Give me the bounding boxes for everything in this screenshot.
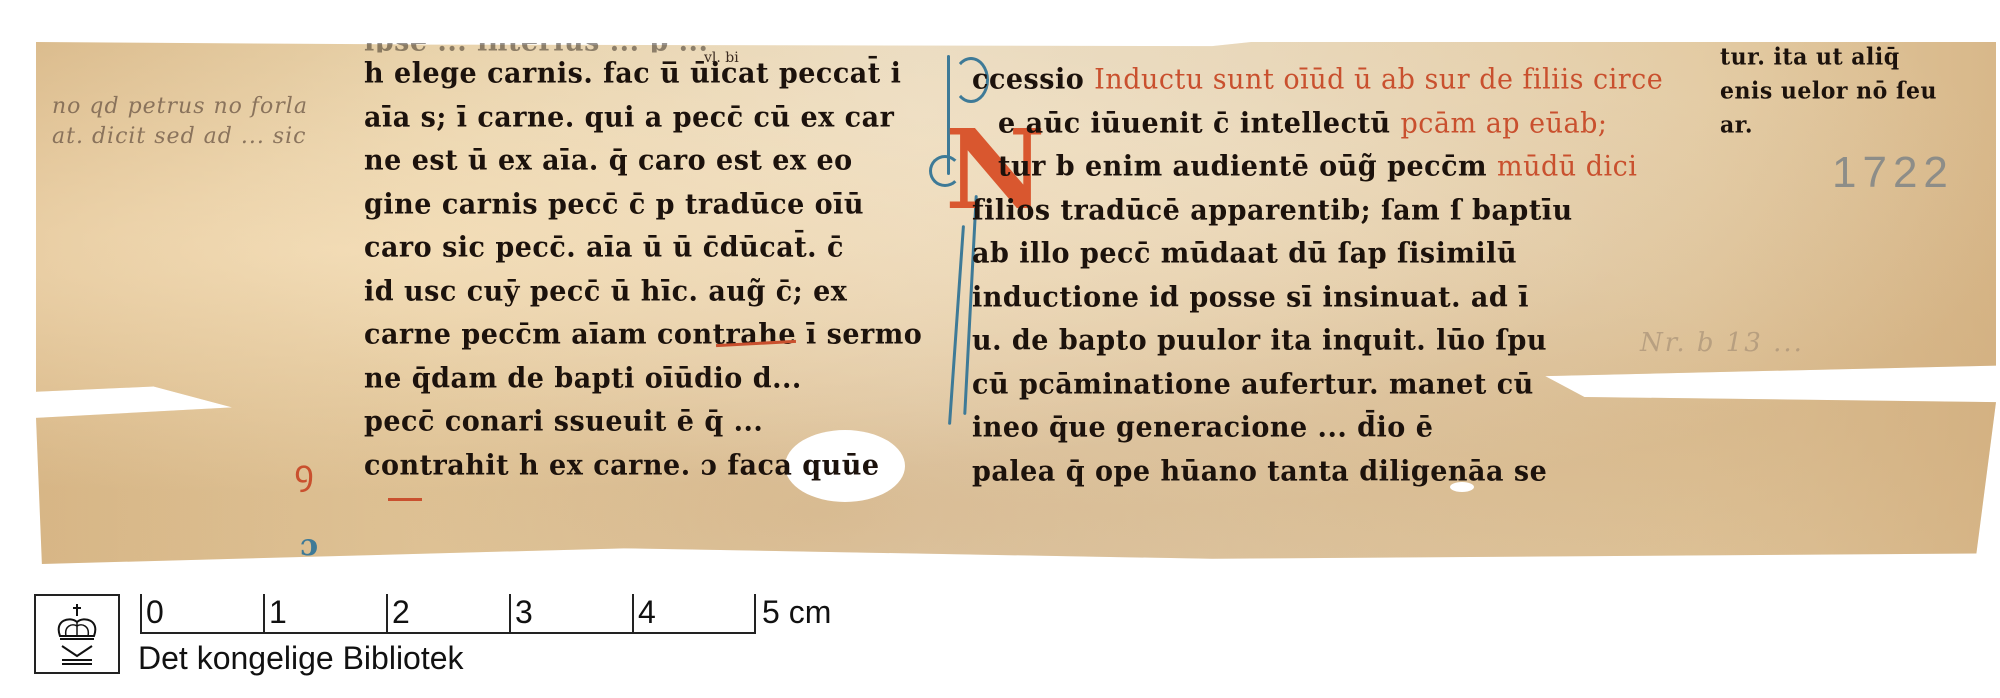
text-line: caro sic pecc̄. aīa ū ū c̄dūcat̄. c̄ (364, 225, 922, 271)
text-line: filios tradūcē apparentib; ſam ſ baptīu (972, 187, 1663, 233)
red-paragraph-mark: ꝯ (294, 448, 314, 494)
rubric-text: Inductu sunt oīūd ū ab sur de filiis cir… (1094, 63, 1663, 96)
scale-tick-label: 4 (638, 594, 656, 630)
text-line: inductione id posse sī insinuat. ad ī (972, 274, 1663, 320)
shelf-number: 1722 (1832, 148, 1954, 198)
scale-tick (263, 594, 265, 634)
scale-tick-label: 1 (269, 594, 287, 630)
pencil-note: Nr. b 13 ... (1640, 328, 1804, 358)
text-line: palea q̄ ope hūano tanta diligenāa se (972, 448, 1663, 494)
scale-tick (386, 594, 388, 634)
rubric-text: mūdū dici (1497, 150, 1637, 183)
crown-icon (36, 596, 118, 672)
text-line: tur b enim audientē oūg̃ pecc̄m mūdū dic… (972, 144, 1663, 190)
crown-logo (34, 594, 120, 674)
text-line: u. de bapto puulor ita inquit. lūo ſpu (972, 318, 1663, 364)
scale-baseline (140, 632, 754, 634)
flourish-stem (948, 225, 965, 425)
text-column-right: ccessio Inductu sunt oīūd ū ab sur de fi… (972, 58, 1663, 493)
red-underline (388, 498, 422, 501)
text-column-far-right: tur. ita ut aliq̄ enis uelor nō ſeu ar. (1720, 40, 1937, 142)
text-line-partial: ipse ... interius ... p ... (364, 32, 922, 53)
blue-paragraph-mark: ɔ (300, 528, 318, 563)
text-line: ineo q̄ue generacione ... d̄io ē (972, 405, 1663, 451)
scale-tick (140, 594, 142, 634)
text-line: ab illo pecc̄ mūdaat dū ſap ſisimilū (972, 231, 1663, 277)
scale-bar: 0 1 2 3 4 5 cm (140, 594, 760, 634)
text-line: ccessio Inductu sunt oīūd ū ab sur de fi… (972, 57, 1663, 103)
text-line: carne pecc̄m aīam contrahe ī sermo (364, 312, 922, 358)
text-line: ne est ū ex aīa. q̄ caro est ex eo (364, 138, 922, 184)
scale-tick (754, 594, 756, 634)
text-line: aīa s; ī carne. qui a pecc̄ cū ex car (364, 94, 922, 140)
text-column-left: ipse ... interius ... p ... vl. bi h ele… (364, 32, 922, 487)
text-line: cū pcāminatione aufertur. manet cū (972, 361, 1663, 407)
text-line: contrahit h ex carne. ɔ faca quūe (364, 442, 922, 488)
text-line: h elege carnis. fac u̅ ūicat peccat̄ i (364, 51, 922, 97)
institution-name: Det kongelige Bibliotek (138, 640, 464, 677)
text-line: ne q̄dam de bapti oīūdio d... (364, 355, 922, 401)
margin-note-line: no qd petrus no forla (52, 92, 308, 122)
text-line: gine carnis pecc̄ c̄ p tradūce oīū (364, 181, 922, 227)
scale-tick (632, 594, 634, 634)
scale-tick-label: 2 (392, 594, 410, 630)
scale-tick-label: 0 (146, 594, 164, 630)
margin-note-line: at. dicit sed ad ... sic (52, 122, 308, 152)
scale-tick-label: 5 cm (762, 594, 831, 630)
text-line: pecc̄ conari ssueuit ē q̄ ... (364, 399, 922, 445)
rubric-text: pcām ap eūab; (1401, 107, 1608, 140)
text-line: ar. (1720, 107, 1937, 143)
margin-note-left: no qd petrus no forla at. dicit sed ad .… (52, 92, 308, 152)
text-line: id usc cuȳ pecc̄ ū hīc. aug̃ c̄; ex (364, 268, 922, 314)
text-line: e aūc iūuenit c̄ intellectū pcām ap eūab… (972, 100, 1663, 146)
scale-tick (509, 594, 511, 634)
scale-tick-label: 3 (515, 594, 533, 630)
text-line: tur. ita ut aliq̄ (1720, 39, 1937, 75)
text-line: enis uelor nō ſeu (1720, 73, 1937, 109)
